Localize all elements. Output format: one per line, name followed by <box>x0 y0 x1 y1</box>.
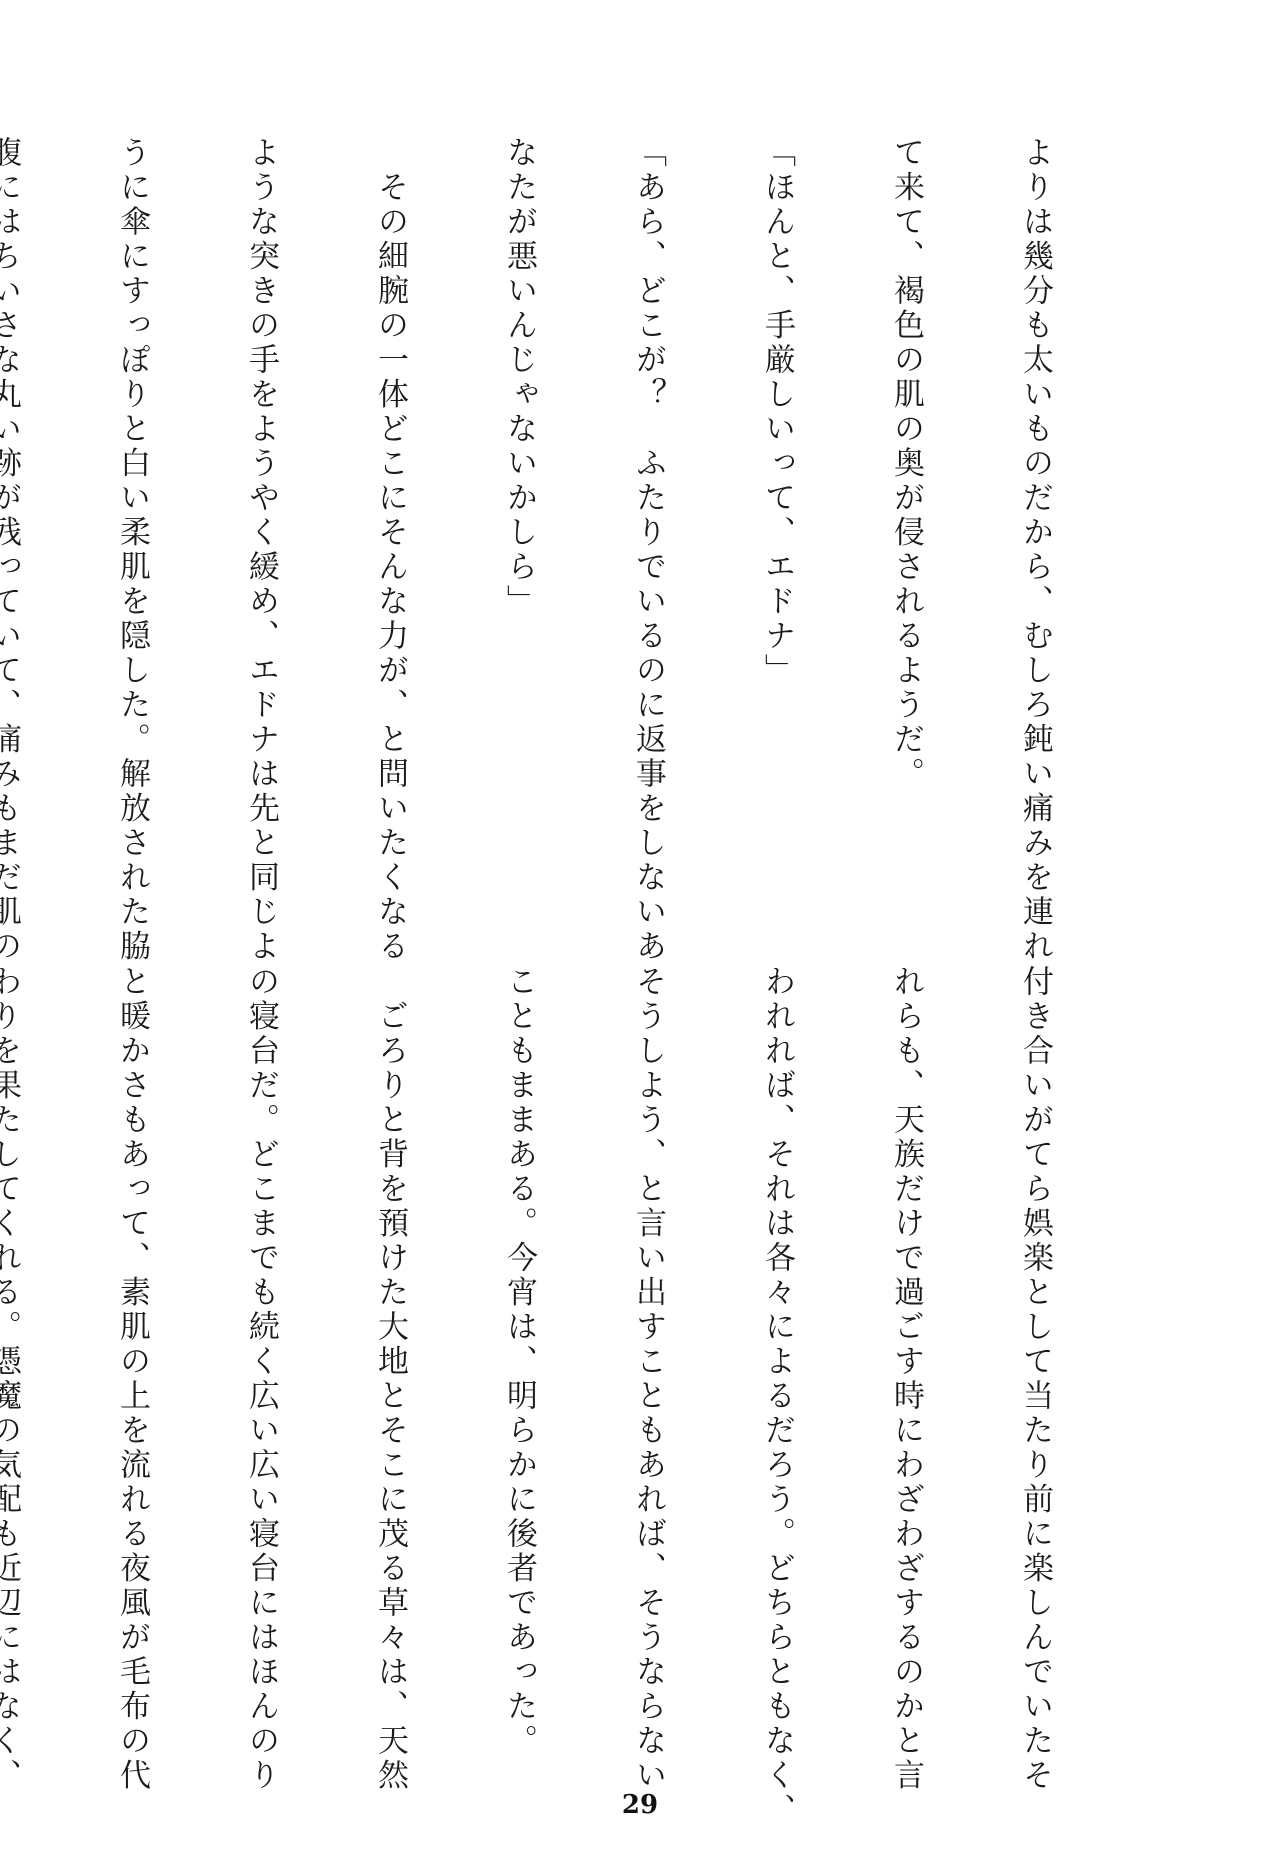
text-line: そうしよう、と言い出すこともあれば、そうならない <box>626 965 669 1765</box>
text-line: うに傘にすっぽりと白い柔肌を隠した。解放された脇 <box>110 136 153 936</box>
text-block-bottom: 付き合いがてら娯楽として当たり前に楽しんでいたそ れらも、天族だけで過ごす時にわ… <box>162 965 1142 1765</box>
text-line: 付き合いがてら娯楽として当たり前に楽しんでいたそ <box>1013 965 1056 1765</box>
text-line: 「あら、どこが？ ふたりでいるのに返事をしないあ <box>626 136 669 936</box>
book-page: よりは幾分も太いものだから、むしろ鈍い痛みを連れ て来て、褐色の肌の奥が侵される… <box>0 0 1280 1873</box>
text-line: 腹にはちいさな丸い跡が残っていて、痛みもまだ肌の <box>0 136 24 936</box>
page-number: 29 <box>0 1790 1280 1820</box>
text-block-top: よりは幾分も太いものだから、むしろ鈍い痛みを連れ て来て、褐色の肌の奥が侵される… <box>162 136 1142 936</box>
text-line: ような突きの手をようやく緩め、エドナは先と同じよ <box>239 136 282 936</box>
text-line: の寝台だ。どこまでも続く広い広い寝台にはほんのり <box>239 965 282 1765</box>
text-line: われれば、それは各々によるだろう。どちらともなく、 <box>755 965 798 1765</box>
text-line: その細腕の一体どこにそんな力が、と問いたくなる <box>368 136 411 936</box>
text-line: 「ほんと、手厳しいって、エドナ」 <box>755 136 798 936</box>
text-line: こともままある。今宵は、明らかに後者であった。 <box>497 965 540 1765</box>
text-line: て来て、褐色の肌の奥が侵されるようだ。 <box>884 136 927 936</box>
text-line: なたが悪いんじゃないかしら」 <box>497 136 540 936</box>
text-line: わりを果たしてくれる。憑魔の気配も近辺にはなく、 <box>0 965 24 1765</box>
text-line: ごろりと背を預けた大地とそこに茂る草々は、天然 <box>368 965 411 1765</box>
text-line: れらも、天族だけで過ごす時にわざわざするのかと言 <box>884 965 927 1765</box>
text-line: よりは幾分も太いものだから、むしろ鈍い痛みを連れ <box>1013 136 1056 936</box>
text-line: と暖かさもあって、素肌の上を流れる夜風が毛布の代 <box>110 965 153 1765</box>
